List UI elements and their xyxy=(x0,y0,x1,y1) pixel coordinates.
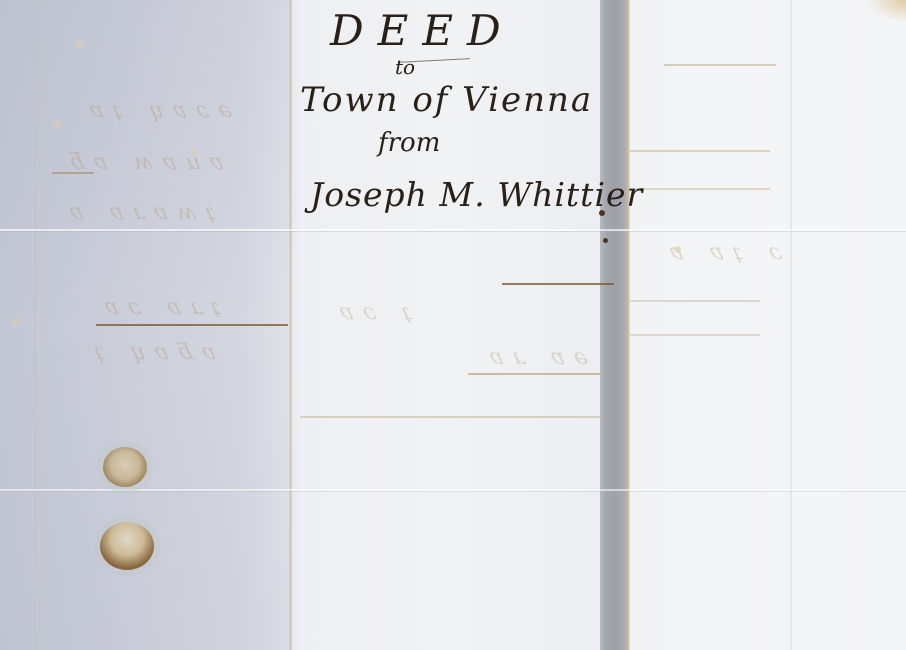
age-speck xyxy=(674,246,681,253)
deed-document: ǝɔɐɥ ʇɐ ɐuɐʍ ɐƃ ʇʍɐɹɐ ɐ ʇɹɐ ɔɐ ɐƃɐɥ ʇ ʇ … xyxy=(0,0,906,650)
bleed-rule xyxy=(300,416,600,418)
bleed-rule xyxy=(468,373,600,375)
horizontal-fold-lower xyxy=(0,489,906,491)
bleed-rule xyxy=(502,283,614,285)
ink-blot xyxy=(599,210,605,216)
age-speck xyxy=(12,318,19,325)
bleed-text: ǝɐ ɹɐ xyxy=(477,345,591,370)
docket-from: from xyxy=(378,128,440,158)
wax-seal-lower xyxy=(100,522,154,570)
bleed-rule xyxy=(96,324,288,326)
bleed-text: ʇ ɔɐ xyxy=(327,300,415,325)
bleed-text: ɐƃɐɥ ʇ xyxy=(82,340,219,365)
bleed-text: ʇɹɐ ɔɐ xyxy=(92,295,224,320)
age-speck xyxy=(76,40,83,47)
age-speck xyxy=(54,120,61,127)
age-speck xyxy=(190,148,197,155)
bleed-rule xyxy=(630,334,760,336)
bleed-rule xyxy=(664,64,776,66)
fold-line-right xyxy=(790,0,792,650)
bleed-text: ǝɔɐɥ ʇɐ xyxy=(77,98,235,123)
fold-line-left xyxy=(289,0,292,650)
docket-grantee: Town of Vienna xyxy=(300,80,593,120)
bleed-rule xyxy=(630,300,760,302)
horizontal-fold-upper xyxy=(0,229,906,231)
bleed-rule xyxy=(630,150,770,152)
docket-grantor: Joseph M. Whittier xyxy=(310,175,643,214)
corner-stain xyxy=(866,0,906,22)
bleed-rule xyxy=(630,188,770,190)
fold-line-far-left xyxy=(34,0,36,650)
dark-fold-band xyxy=(600,0,630,650)
bleed-text: ɐuɐʍ ɐƃ xyxy=(57,150,227,175)
ink-blot xyxy=(603,238,608,243)
docket-to: to xyxy=(395,55,415,79)
bleed-text: ʇʍɐɹɐ ɐ xyxy=(57,200,219,225)
docket-title: DEED xyxy=(330,6,515,55)
wax-seal-upper xyxy=(103,447,147,487)
